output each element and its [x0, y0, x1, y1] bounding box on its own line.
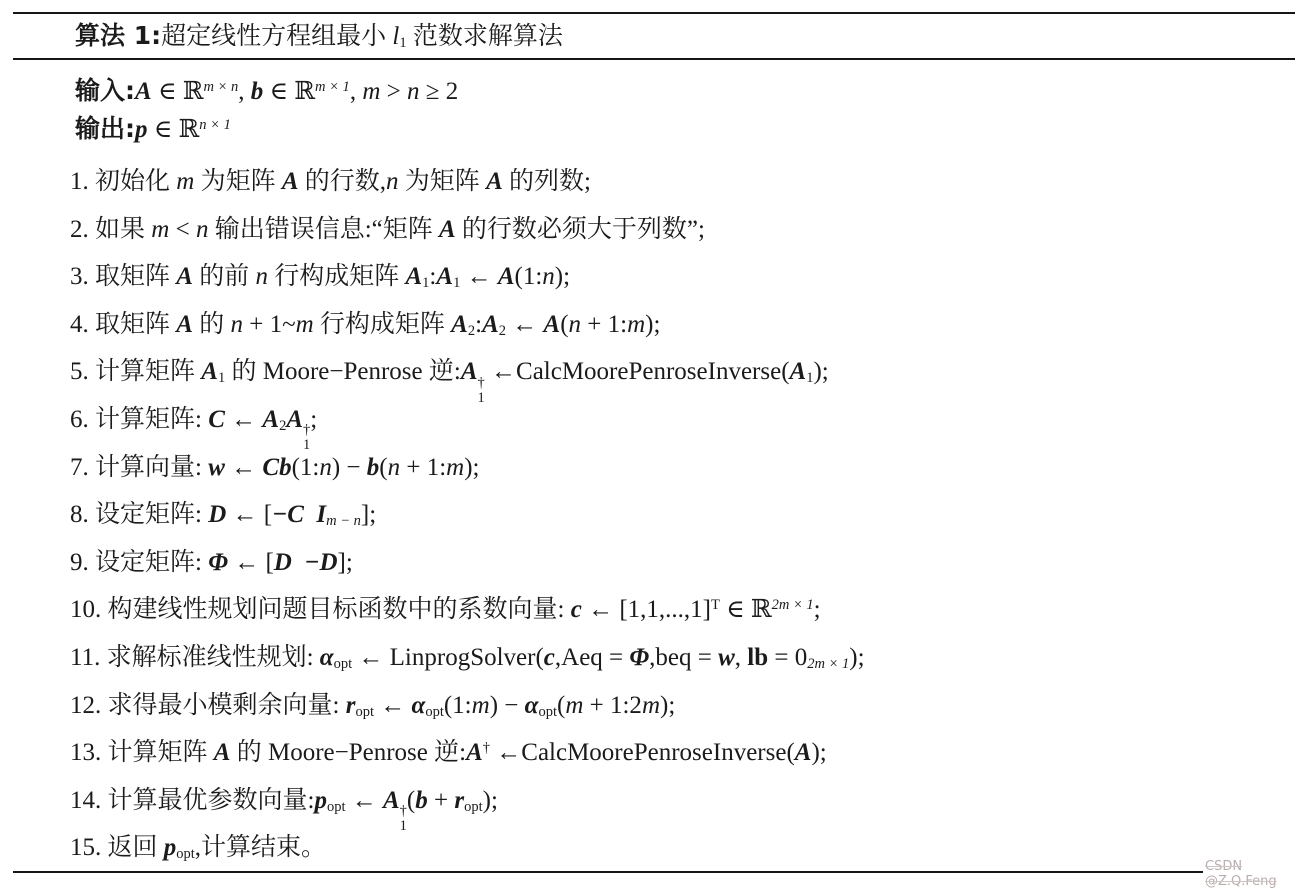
- algo-step-line: 15. 返回 popt,计算结束。: [70, 824, 865, 872]
- table-header-rule: [13, 58, 1295, 60]
- algorithm-input-line: 输入:A ∈ ℝm × n, b ∈ ℝm × 1, m > n ≥ 2: [75, 72, 458, 110]
- algo-step-line: 13. 计算矩阵 A 的 Moore−Penrose 逆:A† ←CalcMoo…: [70, 729, 865, 777]
- algo-step-line: 11. 求解标准线性规划: αopt ← LinprogSolver(c,Aeq…: [70, 634, 865, 682]
- algo-step-line: 5. 计算矩阵 A1 的 Moore−Penrose 逆:A†1 ←CalcMo…: [70, 348, 865, 396]
- algo-step-line: 6. 计算矩阵: C ← A2A†1;: [70, 396, 865, 444]
- algo-step-line: 1. 初始化 m 为矩阵 A 的行数,n 为矩阵 A 的列数;: [70, 158, 865, 206]
- algo-step-line: 12. 求得最小模剩余向量: ropt ← αopt(1:m) − αopt(m…: [70, 682, 865, 730]
- algorithm-steps: 1. 初始化 m 为矩阵 A 的行数,n 为矩阵 A 的列数;2. 如果 m <…: [70, 158, 865, 872]
- algo-step-line: 4. 取矩阵 A 的 n + 1~m 行构成矩阵 A2:A2 ← A(n + 1…: [70, 301, 865, 349]
- algorithm-title: 算法 1:超定线性方程组最小 l1 范数求解算法: [75, 13, 563, 58]
- algo-step-line: 8. 设定矩阵: D ← [−C Im − n];: [70, 491, 865, 539]
- algo-step-line: 3. 取矩阵 A 的前 n 行构成矩阵 A1:A1 ← A(1:n);: [70, 253, 865, 301]
- algo-step-line: 2. 如果 m < n 输出错误信息:“矩阵 A 的行数必须大于列数”;: [70, 206, 865, 254]
- algo-step-line: 9. 设定矩阵: Φ ← [D −D];: [70, 539, 865, 587]
- watermark: CSDN @Z.Q.Feng: [1203, 859, 1313, 889]
- document-page: { "page": { "background": "#ffffff", "ru…: [0, 0, 1313, 894]
- algo-step-line: 14. 计算最优参数向量:popt ← A†1(b + ropt);: [70, 777, 865, 825]
- table-top-rule: [13, 12, 1295, 14]
- algo-step-line: 7. 计算向量: w ← Cb(1:n) − b(n + 1:m);: [70, 444, 865, 492]
- table-bottom-rule: [13, 871, 1295, 873]
- algorithm-output-line: 输出:p ∈ ℝn × 1: [75, 110, 231, 148]
- algo-step-line: 10. 构建线性规划问题目标函数中的系数向量: c ← [1,1,...,1]T…: [70, 586, 865, 634]
